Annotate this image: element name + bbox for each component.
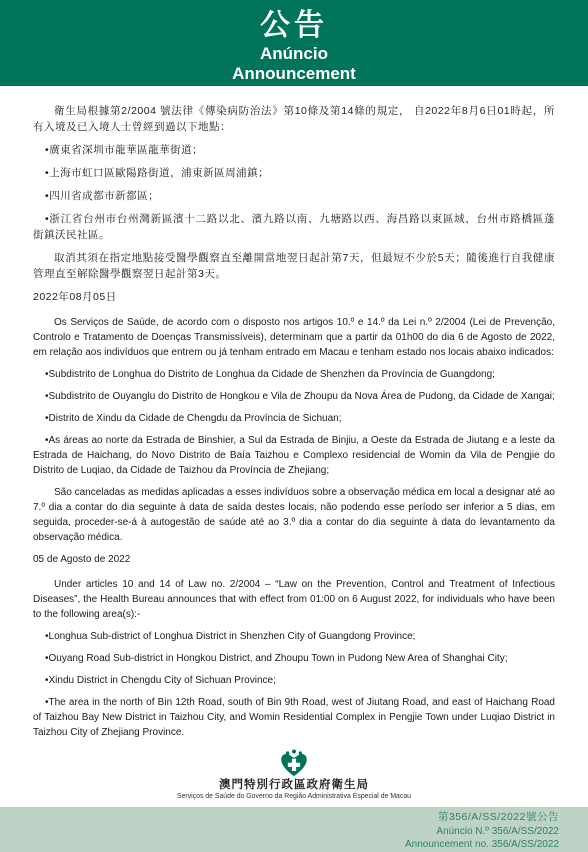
en-intro-paragraph: Under articles 10 and 14 of Law no. 2/20… bbox=[33, 577, 555, 622]
title-english: Announcement bbox=[0, 64, 588, 84]
header-banner: 公告 Anúncio Announcement bbox=[0, 0, 588, 86]
title-portuguese: Anúncio bbox=[0, 44, 588, 64]
zh-date: 2022年08月05日 bbox=[33, 289, 555, 305]
reference-number-chinese: 第356/A/SS/2022號公告 bbox=[0, 811, 559, 825]
title-chinese: 公告 bbox=[0, 8, 588, 44]
reference-number-english: Announcement no. 356/A/SS/2022 bbox=[0, 838, 559, 851]
document-body: 衛生局根據第2/2004 號法律《傳染病防治法》第10條及第14條的規定， 自2… bbox=[0, 86, 588, 832]
reference-number-portuguese: Anúncio N.º 356/A/SS/2022 bbox=[0, 825, 559, 838]
en-location-item: Xindu District in Chengdu City of Sichua… bbox=[33, 673, 555, 688]
health-bureau-heart-cross-icon bbox=[0, 749, 588, 778]
pt-location-item: Subdistrito de Ouyanglu do Distrito de H… bbox=[33, 389, 555, 404]
reference-number-bar: 第356/A/SS/2022號公告 Anúncio N.º 356/A/SS/2… bbox=[0, 807, 588, 852]
pt-closing-paragraph: São canceladas as medidas aplicadas a es… bbox=[33, 485, 555, 545]
zh-closing-paragraph: 取消其須在指定地點接受醫學觀察直至離開當地翌日起計第7天，但最短不少於5天；隨後… bbox=[33, 250, 555, 282]
zh-location-item: 四川省成都市新都區； bbox=[33, 188, 555, 204]
section-portuguese: Os Serviços de Saúde, de acordo com o di… bbox=[33, 315, 555, 567]
health-bureau-logo: 澳門特別行政區政府衛生局 Serviços de Saúde do Govern… bbox=[0, 749, 588, 807]
zh-location-item: 上海市虹口區歐陽路街道，浦東新區周浦鎮； bbox=[33, 165, 555, 181]
en-location-item: Longhua Sub-district of Longhua District… bbox=[33, 629, 555, 644]
footer: 澳門特別行政區政府衛生局 Serviços de Saúde do Govern… bbox=[0, 749, 588, 852]
pt-intro-paragraph: Os Serviços de Saúde, de acordo com o di… bbox=[33, 315, 555, 360]
section-chinese: 衛生局根據第2/2004 號法律《傳染病防治法》第10條及第14條的規定， 自2… bbox=[33, 103, 555, 305]
en-location-item: The area in the north of Bin 12th Road, … bbox=[33, 695, 555, 740]
en-location-item: Ouyang Road Sub-district in Hongkou Dist… bbox=[33, 651, 555, 666]
pt-location-item: As áreas ao norte da Estrada de Binshier… bbox=[33, 433, 555, 478]
zh-location-item: 浙江省台州市台州灣新區濱十二路以北、濱九路以南、九塘路以西、海昌路以東區域，台州… bbox=[33, 211, 555, 243]
bureau-name-portuguese: Serviços de Saúde do Governo da Região A… bbox=[0, 792, 588, 802]
announcement-page: 公告 Anúncio Announcement 衛生局根據第2/2004 號法律… bbox=[0, 0, 588, 852]
zh-location-item: 廣東省深圳市龍華區龍華街道； bbox=[33, 142, 555, 158]
pt-location-item: Distrito de Xindu da Cidade de Chengdu d… bbox=[33, 411, 555, 426]
pt-location-item: Subdistrito de Longhua do Distrito de Lo… bbox=[33, 367, 555, 382]
pt-date: 05 de Agosto de 2022 bbox=[33, 552, 555, 567]
bureau-name-chinese: 澳門特別行政區政府衛生局 bbox=[0, 779, 588, 792]
zh-intro-paragraph: 衛生局根據第2/2004 號法律《傳染病防治法》第10條及第14條的規定， 自2… bbox=[33, 103, 555, 135]
